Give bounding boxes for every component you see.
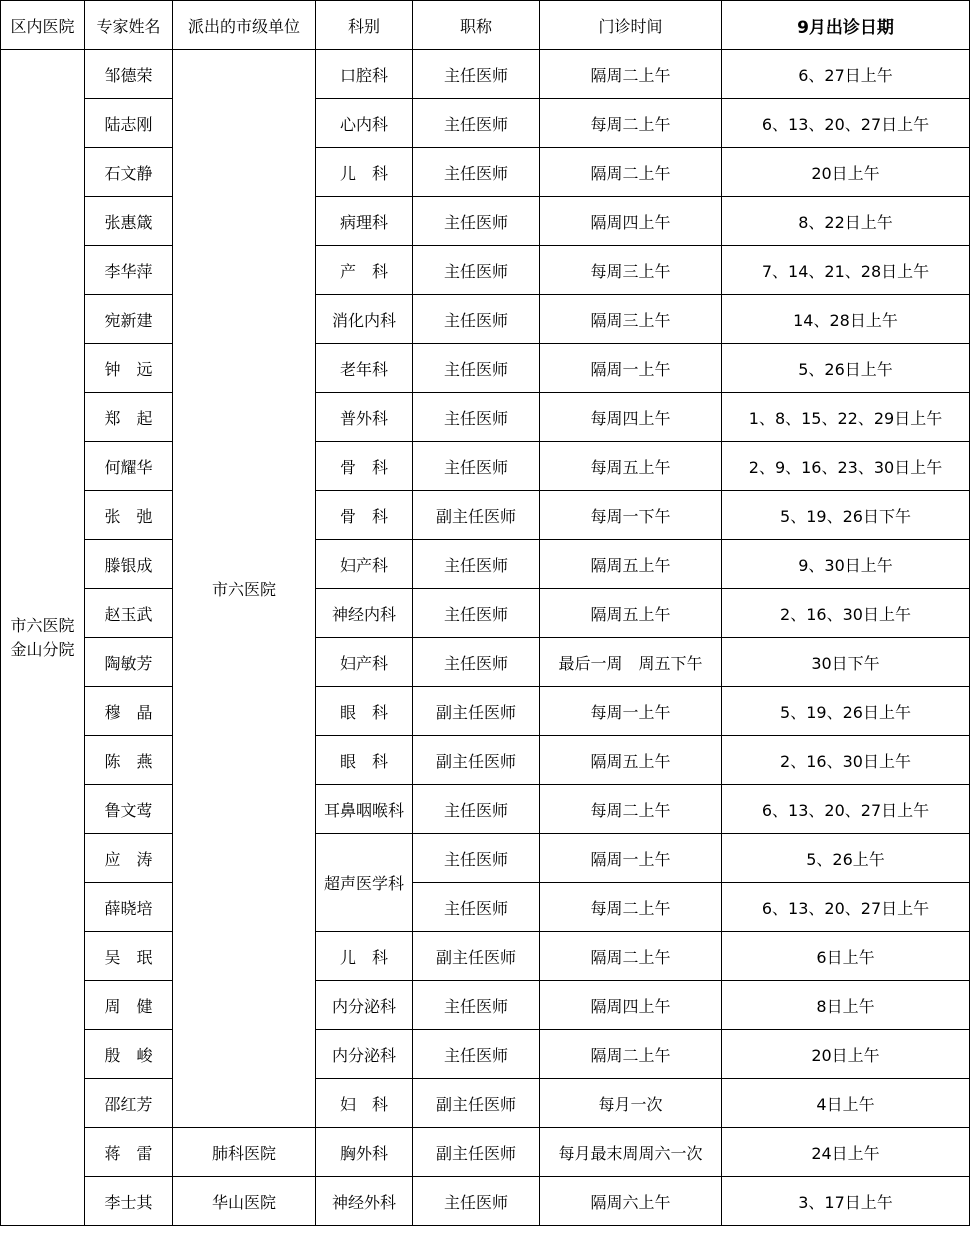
job-title: 主任医师 xyxy=(413,1030,540,1079)
table-row: 薛晓培主任医师每周二上午6、13、20、27日上午 xyxy=(1,883,970,932)
september-dates: 20日上午 xyxy=(722,1030,970,1079)
expert-name: 邹德荣 xyxy=(85,50,173,99)
district-hospital-line1: 市六医院 xyxy=(1,614,84,638)
job-title: 副主任医师 xyxy=(413,932,540,981)
department: 消化内科 xyxy=(316,295,413,344)
september-dates: 8日上午 xyxy=(722,981,970,1030)
clinic-time: 每周一下午 xyxy=(540,491,722,540)
september-dates: 7、14、21、28日上午 xyxy=(722,246,970,295)
table-row: 赵玉武神经内科主任医师隔周五上午2、16、30日上午 xyxy=(1,589,970,638)
september-dates: 14、28日上午 xyxy=(722,295,970,344)
job-title: 副主任医师 xyxy=(413,491,540,540)
table-row: 张惠箴病理科主任医师隔周四上午8、22日上午 xyxy=(1,197,970,246)
september-dates: 2、16、30日上午 xyxy=(722,736,970,785)
department: 儿 科 xyxy=(316,932,413,981)
clinic-time: 隔周一上午 xyxy=(540,834,722,883)
table-row: 市六医院金山分院邹德荣市六医院口腔科主任医师隔周二上午6、27日上午 xyxy=(1,50,970,99)
job-title: 副主任医师 xyxy=(413,687,540,736)
september-dates: 6日上午 xyxy=(722,932,970,981)
expert-name: 周 健 xyxy=(85,981,173,1030)
clinic-time: 隔周五上午 xyxy=(540,736,722,785)
job-title: 主任医师 xyxy=(413,638,540,687)
expert-name: 滕银成 xyxy=(85,540,173,589)
clinic-time: 每周二上午 xyxy=(540,883,722,932)
table-row: 邵红芳妇 科副主任医师每月一次4日上午 xyxy=(1,1079,970,1128)
september-dates: 2、9、16、23、30日上午 xyxy=(722,442,970,491)
schedule-table: 区内医院 专家姓名 派出的市级单位 科别 职称 门诊时间 9月出诊日期 市六医院… xyxy=(0,0,970,1226)
clinic-time: 隔周四上午 xyxy=(540,197,722,246)
september-dates: 5、26上午 xyxy=(722,834,970,883)
expert-name: 穆 晶 xyxy=(85,687,173,736)
job-title: 主任医师 xyxy=(413,883,540,932)
september-dates: 9、30日上午 xyxy=(722,540,970,589)
table-row: 何耀华骨 科主任医师每周五上午2、9、16、23、30日上午 xyxy=(1,442,970,491)
september-dates: 20日上午 xyxy=(722,148,970,197)
header-september-dates: 9月出诊日期 xyxy=(722,1,970,50)
header-department: 科别 xyxy=(316,1,413,50)
department: 眼 科 xyxy=(316,687,413,736)
expert-name: 张 弛 xyxy=(85,491,173,540)
department: 口腔科 xyxy=(316,50,413,99)
september-dates: 6、27日上午 xyxy=(722,50,970,99)
expert-name: 鲁文莺 xyxy=(85,785,173,834)
september-dates: 30日下午 xyxy=(722,638,970,687)
department: 老年科 xyxy=(316,344,413,393)
job-title: 主任医师 xyxy=(413,246,540,295)
department: 妇产科 xyxy=(316,638,413,687)
expert-name: 陈 燕 xyxy=(85,736,173,785)
table-row: 周 健内分泌科主任医师隔周四上午8日上午 xyxy=(1,981,970,1030)
department: 骨 科 xyxy=(316,491,413,540)
dispatch-unit-cell: 市六医院 xyxy=(173,50,316,1128)
table-row: 钟 远老年科主任医师隔周一上午5、26日上午 xyxy=(1,344,970,393)
table-row: 应 涛超声医学科主任医师隔周一上午5、26上午 xyxy=(1,834,970,883)
header-expert-name: 专家姓名 xyxy=(85,1,173,50)
dispatch-unit-cell: 肺科医院 xyxy=(173,1128,316,1177)
expert-name: 李华萍 xyxy=(85,246,173,295)
table-row: 李士其华山医院神经外科主任医师隔周六上午3、17日上午 xyxy=(1,1177,970,1226)
job-title: 主任医师 xyxy=(413,50,540,99)
table-row: 滕银成妇产科主任医师隔周五上午9、30日上午 xyxy=(1,540,970,589)
department: 妇产科 xyxy=(316,540,413,589)
department: 骨 科 xyxy=(316,442,413,491)
department: 耳鼻咽喉科 xyxy=(316,785,413,834)
table-row: 宛新建消化内科主任医师隔周三上午14、28日上午 xyxy=(1,295,970,344)
job-title: 主任医师 xyxy=(413,197,540,246)
expert-name: 张惠箴 xyxy=(85,197,173,246)
job-title: 主任医师 xyxy=(413,540,540,589)
expert-name: 赵玉武 xyxy=(85,589,173,638)
expert-name: 薛晓培 xyxy=(85,883,173,932)
clinic-time: 隔周五上午 xyxy=(540,589,722,638)
clinic-time: 每周一上午 xyxy=(540,687,722,736)
clinic-time: 最后一周 周五下午 xyxy=(540,638,722,687)
department: 产 科 xyxy=(316,246,413,295)
september-dates: 6、13、20、27日上午 xyxy=(722,99,970,148)
header-row: 区内医院 专家姓名 派出的市级单位 科别 职称 门诊时间 9月出诊日期 xyxy=(1,1,970,50)
clinic-time: 每周二上午 xyxy=(540,785,722,834)
table-row: 陈 燕眼 科副主任医师隔周五上午2、16、30日上午 xyxy=(1,736,970,785)
clinic-time: 每周五上午 xyxy=(540,442,722,491)
expert-name: 殷 峻 xyxy=(85,1030,173,1079)
clinic-time: 隔周二上午 xyxy=(540,148,722,197)
table-row: 李华萍产 科主任医师每周三上午7、14、21、28日上午 xyxy=(1,246,970,295)
job-title: 副主任医师 xyxy=(413,1079,540,1128)
september-dates: 4日上午 xyxy=(722,1079,970,1128)
clinic-time: 每周三上午 xyxy=(540,246,722,295)
clinic-time: 每周四上午 xyxy=(540,393,722,442)
job-title: 主任医师 xyxy=(413,99,540,148)
department: 胸外科 xyxy=(316,1128,413,1177)
clinic-time: 每月最末周周六一次 xyxy=(540,1128,722,1177)
expert-name: 陶敏芳 xyxy=(85,638,173,687)
table-row: 张 弛骨 科副主任医师每周一下午5、19、26日下午 xyxy=(1,491,970,540)
september-dates: 5、19、26日上午 xyxy=(722,687,970,736)
table-row: 郑 起普外科主任医师每周四上午1、8、15、22、29日上午 xyxy=(1,393,970,442)
expert-name: 邵红芳 xyxy=(85,1079,173,1128)
header-title: 职称 xyxy=(413,1,540,50)
september-dates: 24日上午 xyxy=(722,1128,970,1177)
table-row: 石文静儿 科主任医师隔周二上午20日上午 xyxy=(1,148,970,197)
clinic-time: 每月一次 xyxy=(540,1079,722,1128)
expert-name: 郑 起 xyxy=(85,393,173,442)
job-title: 主任医师 xyxy=(413,393,540,442)
september-dates: 6、13、20、27日上午 xyxy=(722,883,970,932)
september-dates: 3、17日上午 xyxy=(722,1177,970,1226)
department: 神经内科 xyxy=(316,589,413,638)
header-clinic-time: 门诊时间 xyxy=(540,1,722,50)
table-row: 陆志刚心内科主任医师每周二上午6、13、20、27日上午 xyxy=(1,99,970,148)
department: 神经外科 xyxy=(316,1177,413,1226)
table-row: 蒋 雷肺科医院胸外科副主任医师每月最末周周六一次24日上午 xyxy=(1,1128,970,1177)
expert-name: 陆志刚 xyxy=(85,99,173,148)
job-title: 副主任医师 xyxy=(413,1128,540,1177)
department: 眼 科 xyxy=(316,736,413,785)
department: 超声医学科 xyxy=(316,834,413,932)
table-row: 穆 晶眼 科副主任医师每周一上午5、19、26日上午 xyxy=(1,687,970,736)
expert-name: 李士其 xyxy=(85,1177,173,1226)
department: 儿 科 xyxy=(316,148,413,197)
clinic-time: 隔周六上午 xyxy=(540,1177,722,1226)
clinic-time: 隔周二上午 xyxy=(540,1030,722,1079)
clinic-time: 每周二上午 xyxy=(540,99,722,148)
expert-name: 吴 珉 xyxy=(85,932,173,981)
clinic-time: 隔周四上午 xyxy=(540,981,722,1030)
table-row: 吴 珉儿 科副主任医师隔周二上午6日上午 xyxy=(1,932,970,981)
expert-name: 宛新建 xyxy=(85,295,173,344)
job-title: 主任医师 xyxy=(413,1177,540,1226)
job-title: 主任医师 xyxy=(413,589,540,638)
expert-name: 蒋 雷 xyxy=(85,1128,173,1177)
department: 内分泌科 xyxy=(316,1030,413,1079)
job-title: 主任医师 xyxy=(413,834,540,883)
header-dispatch-unit: 派出的市级单位 xyxy=(173,1,316,50)
department: 心内科 xyxy=(316,99,413,148)
clinic-time: 隔周二上午 xyxy=(540,50,722,99)
job-title: 主任医师 xyxy=(413,148,540,197)
department: 妇 科 xyxy=(316,1079,413,1128)
district-hospital-line2: 金山分院 xyxy=(1,638,84,662)
clinic-time: 隔周一上午 xyxy=(540,344,722,393)
expert-name: 何耀华 xyxy=(85,442,173,491)
department: 病理科 xyxy=(316,197,413,246)
september-dates: 2、16、30日上午 xyxy=(722,589,970,638)
september-dates: 6、13、20、27日上午 xyxy=(722,785,970,834)
district-hospital-cell: 市六医院金山分院 xyxy=(1,50,85,1226)
september-dates: 5、19、26日下午 xyxy=(722,491,970,540)
expert-name: 钟 远 xyxy=(85,344,173,393)
table-row: 陶敏芳妇产科主任医师最后一周 周五下午30日下午 xyxy=(1,638,970,687)
clinic-time: 隔周三上午 xyxy=(540,295,722,344)
september-dates: 5、26日上午 xyxy=(722,344,970,393)
dispatch-unit-cell: 华山医院 xyxy=(173,1177,316,1226)
clinic-time: 隔周五上午 xyxy=(540,540,722,589)
department: 普外科 xyxy=(316,393,413,442)
clinic-time: 隔周二上午 xyxy=(540,932,722,981)
table-row: 鲁文莺耳鼻咽喉科主任医师每周二上午6、13、20、27日上午 xyxy=(1,785,970,834)
header-district-hospital: 区内医院 xyxy=(1,1,85,50)
table-row: 殷 峻内分泌科主任医师隔周二上午20日上午 xyxy=(1,1030,970,1079)
september-dates: 1、8、15、22、29日上午 xyxy=(722,393,970,442)
job-title: 主任医师 xyxy=(413,344,540,393)
job-title: 主任医师 xyxy=(413,295,540,344)
department: 内分泌科 xyxy=(316,981,413,1030)
job-title: 主任医师 xyxy=(413,981,540,1030)
expert-name: 应 涛 xyxy=(85,834,173,883)
september-dates: 8、22日上午 xyxy=(722,197,970,246)
job-title: 主任医师 xyxy=(413,442,540,491)
job-title: 主任医师 xyxy=(413,785,540,834)
job-title: 副主任医师 xyxy=(413,736,540,785)
expert-name: 石文静 xyxy=(85,148,173,197)
